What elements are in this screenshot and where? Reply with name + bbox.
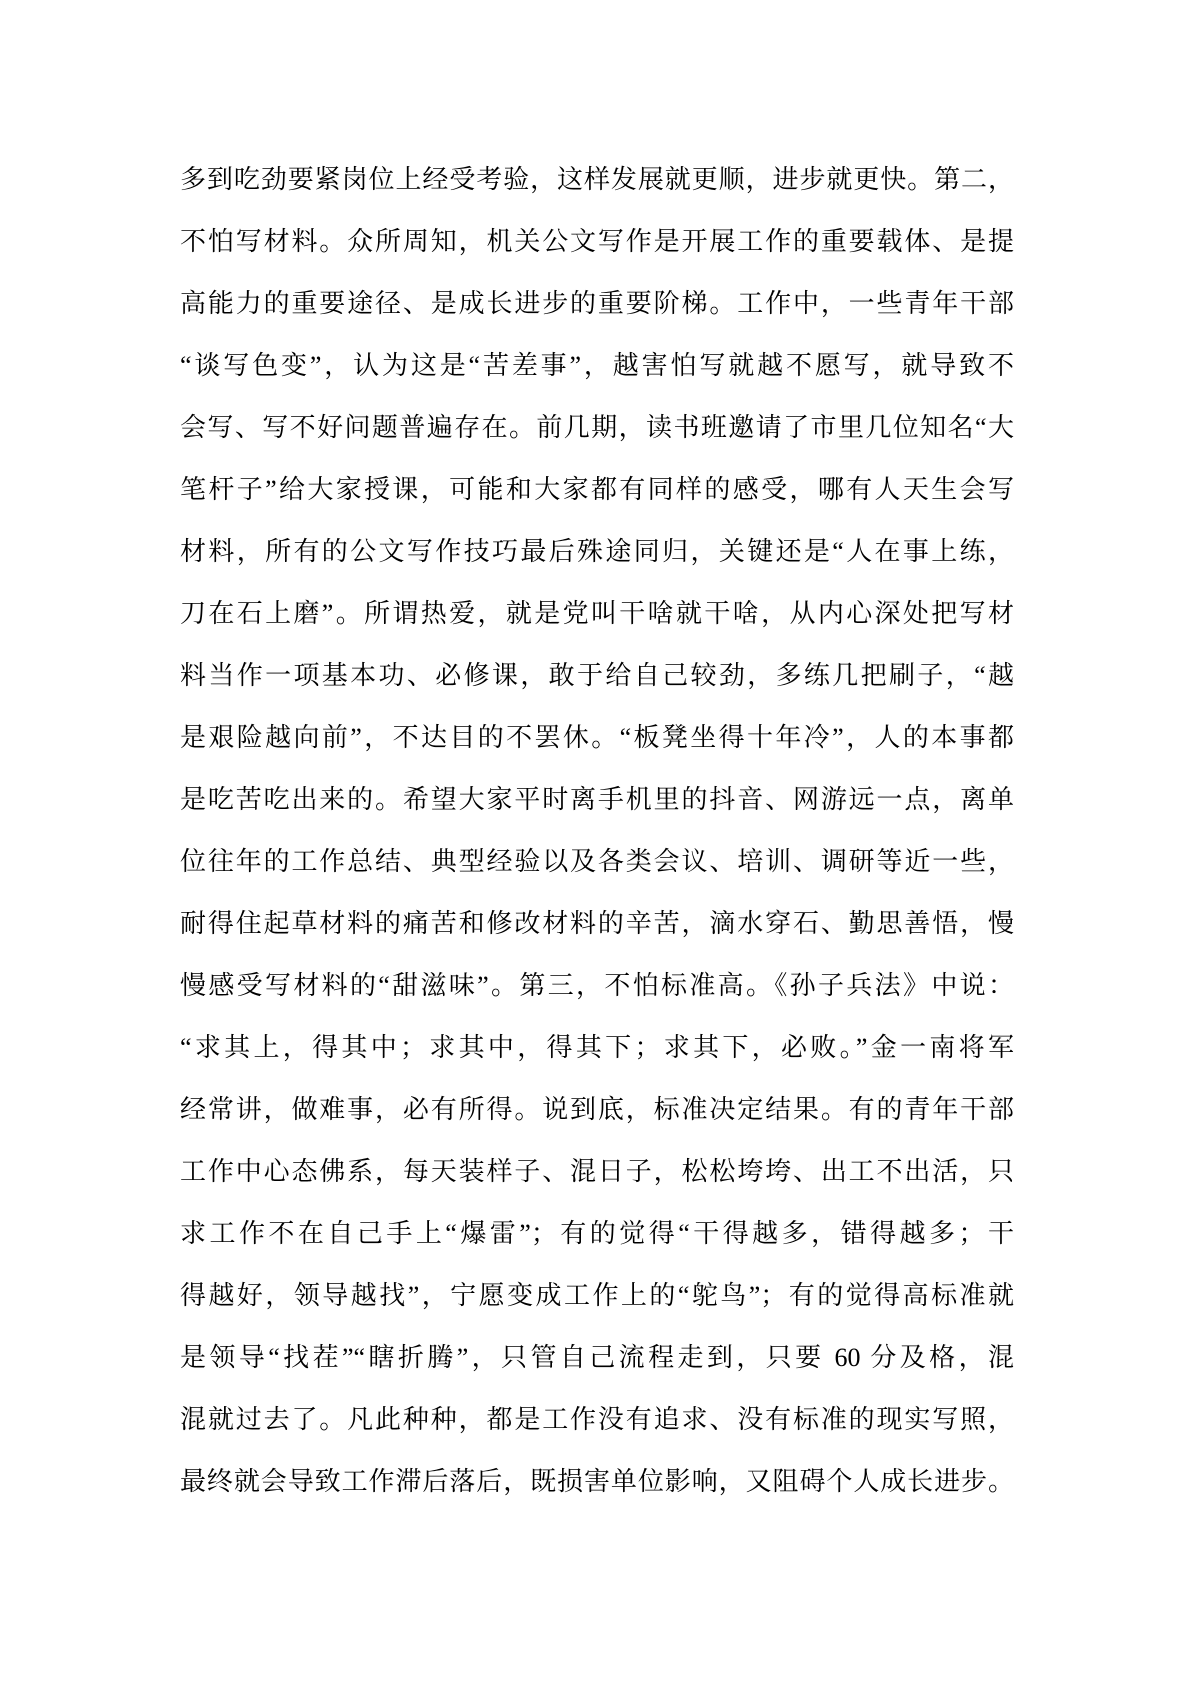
text-line: “求其上，得其中；求其中，得其下；求其下，必败。”金一南将军 [180, 1017, 1014, 1079]
text-line: 高能力的重要途径、是成长进步的重要阶梯。工作中，一些青年干部 [180, 273, 1014, 335]
text-line: 混就过去了。凡此种种，都是工作没有追求、没有标准的现实写照， [180, 1389, 1014, 1451]
text-line: 工作中心态佛系，每天装样子、混日子，松松垮垮、出工不出活，只 [180, 1141, 1014, 1203]
text-line: 慢感受写材料的“甜滋味”。第三，不怕标准高。《孙子兵法》中说： [180, 955, 1014, 1017]
text-line: 是吃苦吃出来的。希望大家平时离手机里的抖音、网游远一点，离单 [180, 769, 1014, 831]
text-line: 是领导“找茬”“瞎折腾”，只管自己流程走到，只要 60 分及格，混 [180, 1327, 1014, 1389]
text-line: 是艰险越向前”，不达目的不罢休。“板凳坐得十年冷”，人的本事都 [180, 707, 1014, 769]
document-page: 多到吃劲要紧岗位上经受考验，这样发展就更顺，进步就更快。第二， 不怕写材料。众所… [0, 0, 1190, 1683]
text-line: 最终就会导致工作滞后落后，既损害单位影响，又阻碍个人成长进步。 [180, 1451, 1014, 1513]
text-line: “谈写色变”，认为这是“苦差事”，越害怕写就越不愿写，就导致不 [180, 335, 1014, 397]
text-line: 位往年的工作总结、典型经验以及各类会议、培训、调研等近一些， [180, 831, 1014, 893]
text-line: 得越好，领导越找”，宁愿变成工作上的“鸵鸟”；有的觉得高标准就 [180, 1265, 1014, 1327]
document-text-block: 多到吃劲要紧岗位上经受考验，这样发展就更顺，进步就更快。第二， 不怕写材料。众所… [180, 149, 1014, 1513]
text-line: 会写、写不好问题普遍存在。前几期，读书班邀请了市里几位知名“大 [180, 397, 1014, 459]
text-line: 材料，所有的公文写作技巧最后殊途同归，关键还是“人在事上练， [180, 521, 1014, 583]
text-line: 刀在石上磨”。所谓热爱，就是党叫干啥就干啥，从内心深处把写材 [180, 583, 1014, 645]
text-line: 不怕写材料。众所周知，机关公文写作是开展工作的重要载体、是提 [180, 211, 1014, 273]
text-line: 多到吃劲要紧岗位上经受考验，这样发展就更顺，进步就更快。第二， [180, 149, 1014, 211]
text-line: 笔杆子”给大家授课，可能和大家都有同样的感受，哪有人天生会写 [180, 459, 1014, 521]
text-line: 耐得住起草材料的痛苦和修改材料的辛苦，滴水穿石、勤思善悟，慢 [180, 893, 1014, 955]
text-line: 经常讲，做难事，必有所得。说到底，标准决定结果。有的青年干部 [180, 1079, 1014, 1141]
text-line: 求工作不在自己手上“爆雷”；有的觉得“干得越多，错得越多；干 [180, 1203, 1014, 1265]
text-line: 料当作一项基本功、必修课，敢于给自己较劲，多练几把刷子，“越 [180, 645, 1014, 707]
